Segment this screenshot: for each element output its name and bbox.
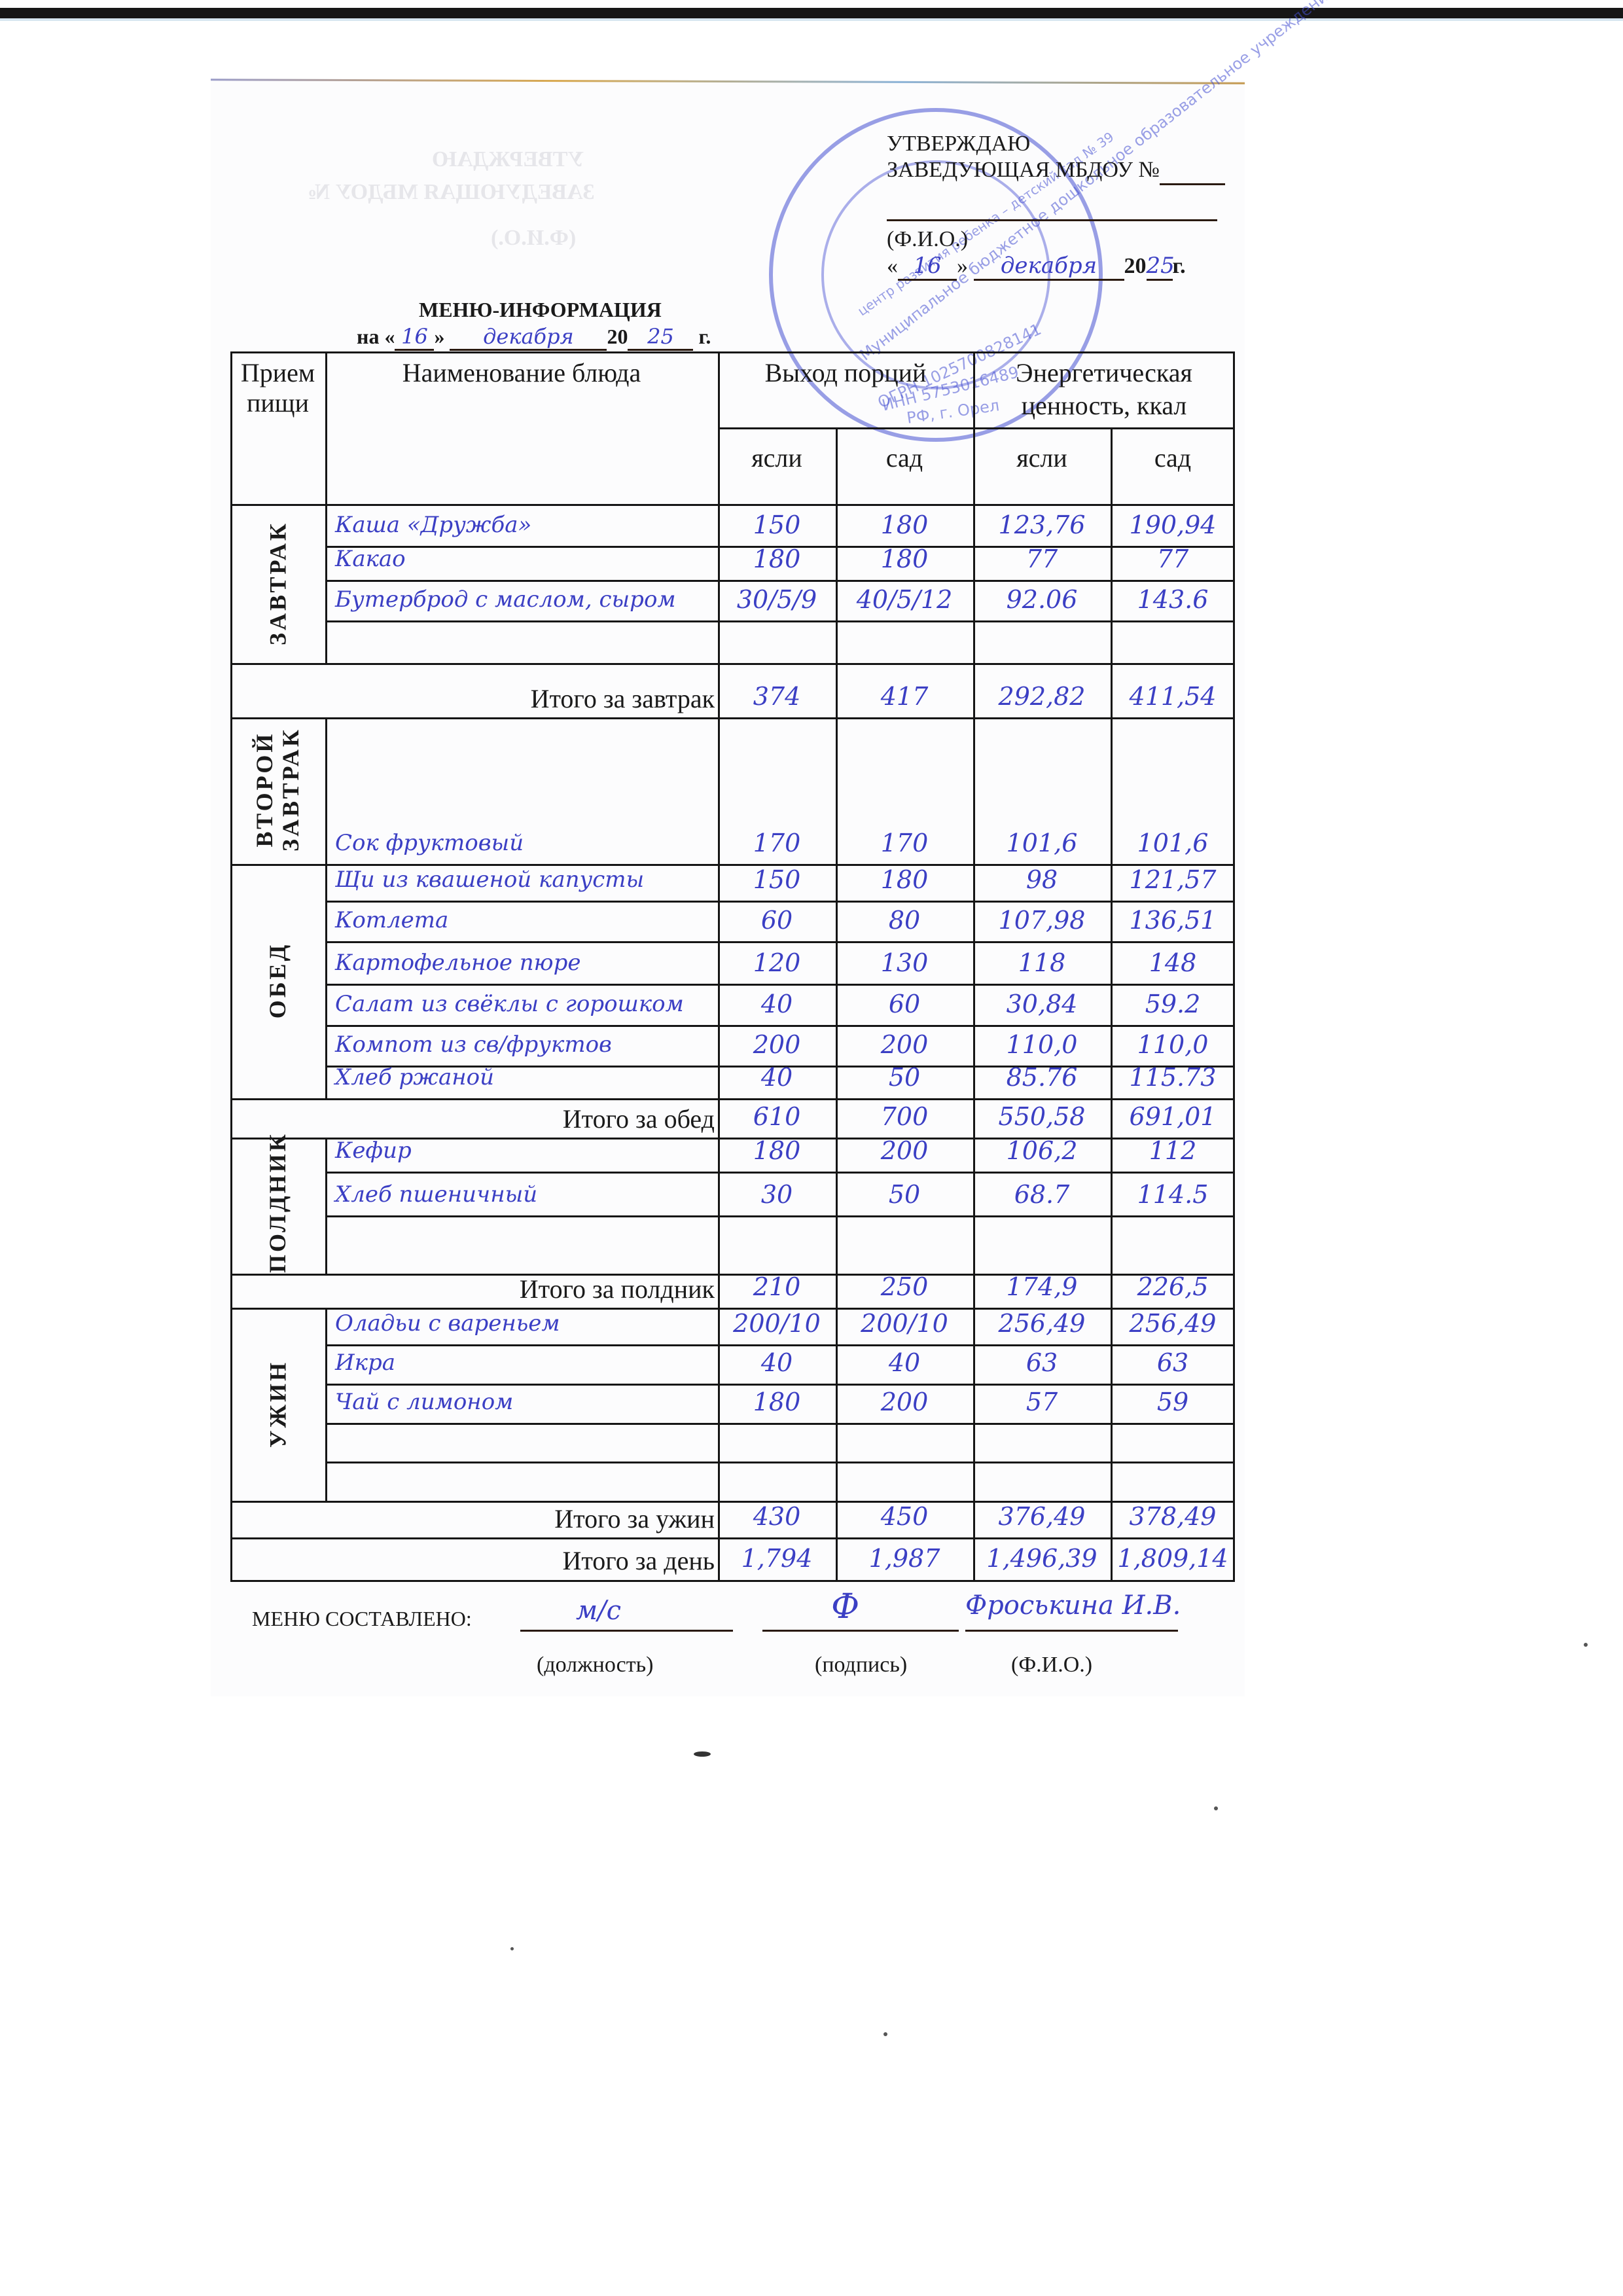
section-total-value: 550,58 bbox=[973, 1102, 1111, 1131]
portion-or-energy-value: 170 bbox=[836, 829, 973, 857]
portion-or-energy-value: 130 bbox=[836, 948, 973, 977]
document-year-prefix: 20 bbox=[607, 325, 628, 348]
ghost-text: (Ф.И.О.) bbox=[491, 226, 576, 251]
dish-name: Чай с лимоном bbox=[335, 1389, 513, 1415]
dish-name: Каша «Дружба» bbox=[335, 512, 531, 538]
scan-speck bbox=[1214, 1806, 1218, 1810]
dish-name: Бутерброд с маслом, сыром bbox=[335, 586, 676, 613]
table-h-rule bbox=[230, 504, 1235, 506]
portion-or-energy-value: 40 bbox=[718, 1063, 836, 1092]
section-total-value: 376,49 bbox=[973, 1502, 1111, 1531]
approval-title: УТВЕРЖДАЮ bbox=[887, 131, 1225, 157]
section-total-value: 374 bbox=[718, 682, 836, 711]
section-total-value: 378,49 bbox=[1111, 1502, 1235, 1531]
signature-field-line bbox=[762, 1630, 959, 1632]
approval-position-label: ЗАВЕДУЮЩАЯ МБДОУ № bbox=[887, 158, 1160, 182]
portion-or-energy-value: 107,98 bbox=[973, 906, 1111, 935]
institution-number-field bbox=[1160, 157, 1225, 185]
portion-or-energy-value: 150 bbox=[718, 511, 836, 539]
portion-or-energy-value: 120 bbox=[718, 948, 836, 977]
document-title: МЕНЮ-ИНФОРМАЦИЯ bbox=[419, 298, 662, 322]
approval-position: ЗАВЕДУЮЩАЯ МБДОУ № bbox=[887, 157, 1225, 185]
table-h-rule bbox=[230, 351, 1235, 353]
portion-or-energy-value: 30 bbox=[718, 1180, 836, 1209]
approval-date: «16» декабря2025г. bbox=[887, 253, 1225, 281]
portion-or-energy-value: 180 bbox=[836, 545, 973, 573]
portion-or-energy-value: 85.76 bbox=[973, 1063, 1111, 1092]
meal-section-label: УЖИН bbox=[264, 1307, 291, 1500]
table-v-rule bbox=[325, 1308, 327, 1501]
signature-mark: Ф bbox=[831, 1587, 859, 1626]
portion-or-energy-value: 40 bbox=[836, 1348, 973, 1377]
section-total-value: 610 bbox=[718, 1102, 836, 1131]
section-total-value: 450 bbox=[836, 1502, 973, 1531]
portion-or-energy-value: 110,0 bbox=[1111, 1030, 1235, 1059]
approval-day: 16 bbox=[898, 253, 957, 281]
portion-or-energy-value: 200 bbox=[836, 1136, 973, 1165]
portion-or-energy-value: 59.2 bbox=[1111, 990, 1235, 1018]
document-month: декабря bbox=[450, 324, 607, 351]
dish-name: Картофельное пюре bbox=[335, 950, 580, 976]
meal-section-label: ВТОРОЙ ЗАВТРАК bbox=[251, 716, 304, 863]
document-year-suffix: 25 bbox=[628, 324, 693, 351]
table-h-rule bbox=[230, 1580, 1235, 1582]
document-date: на «16» декабря2025 г. bbox=[357, 324, 711, 351]
table-h-rule bbox=[325, 580, 1235, 582]
table-h-rule bbox=[325, 901, 1235, 903]
portion-or-energy-value: 256,49 bbox=[973, 1309, 1111, 1338]
table-v-rule bbox=[1111, 427, 1113, 504]
section-total-value: 700 bbox=[836, 1102, 973, 1131]
header-energy-line2: ценность, ккал bbox=[973, 391, 1235, 421]
table-h-rule bbox=[325, 620, 1235, 622]
scan-edge-shadow bbox=[0, 18, 1623, 21]
day-total-label: Итого за день bbox=[562, 1545, 715, 1576]
dish-name: Сок фруктовый bbox=[335, 830, 524, 856]
portion-or-energy-value: 200/10 bbox=[836, 1309, 973, 1338]
portion-or-energy-value: 200 bbox=[836, 1388, 973, 1416]
portion-or-energy-value: 180 bbox=[836, 511, 973, 539]
scan-speck bbox=[883, 2032, 887, 2036]
approval-block: УТВЕРЖДАЮ ЗАВЕДУЮЩАЯ МБДОУ № (Ф.И.О.) «1… bbox=[887, 131, 1225, 281]
section-total-value: 411,54 bbox=[1111, 682, 1235, 711]
section-total-label: Итого за обед bbox=[563, 1103, 715, 1134]
document-day: 16 bbox=[395, 324, 434, 351]
fio-value: Фроськина И.В. bbox=[965, 1590, 1181, 1621]
portion-or-energy-value: 136,51 bbox=[1111, 906, 1235, 935]
table-h-rule bbox=[325, 1384, 1235, 1386]
portion-or-energy-value: 92.06 bbox=[973, 585, 1111, 614]
ghost-text: ЗАВЕДУЮЩАЯ МБДОУ № bbox=[308, 180, 595, 205]
section-total-value: 174,9 bbox=[973, 1272, 1111, 1301]
dish-name: Кефир bbox=[335, 1138, 412, 1164]
caption-signature: (подпись) bbox=[815, 1653, 907, 1677]
portion-or-energy-value: 150 bbox=[718, 865, 836, 894]
portion-or-energy-value: 40/5/12 bbox=[836, 585, 973, 614]
portion-or-energy-value: 63 bbox=[1111, 1348, 1235, 1377]
portion-or-energy-value: 68.7 bbox=[973, 1180, 1111, 1209]
header-sub-nursery-energy: ясли bbox=[973, 443, 1111, 473]
portion-or-energy-value: 57 bbox=[973, 1388, 1111, 1416]
meal-section-label: ПОЛДНИК bbox=[264, 1137, 291, 1273]
day-total-value: 1,496,39 bbox=[973, 1544, 1111, 1573]
section-total-label: Итого за полдник bbox=[520, 1274, 715, 1304]
approval-fio-caption: (Ф.И.О.) bbox=[887, 226, 1225, 253]
portion-or-energy-value: 60 bbox=[836, 990, 973, 1018]
portion-or-energy-value: 63 bbox=[973, 1348, 1111, 1377]
portion-or-energy-value: 112 bbox=[1111, 1136, 1235, 1165]
dish-name: Хлеб пшеничный bbox=[335, 1181, 537, 1208]
table-v-rule bbox=[325, 717, 327, 864]
portion-or-energy-value: 59 bbox=[1111, 1388, 1235, 1416]
portion-or-energy-value: 148 bbox=[1111, 948, 1235, 977]
dish-name: Икра bbox=[335, 1350, 395, 1376]
table-v-rule bbox=[836, 427, 838, 504]
fio-field-line bbox=[965, 1630, 1178, 1632]
table-h-rule bbox=[325, 1462, 1235, 1463]
approval-month: декабря bbox=[974, 253, 1124, 281]
table-h-rule bbox=[325, 1172, 1235, 1174]
portion-or-energy-value: 101,6 bbox=[1111, 829, 1235, 857]
caption-position: (должность) bbox=[537, 1653, 653, 1677]
document-year-end: г. bbox=[698, 325, 711, 348]
header-sub-nursery-portion: ясли bbox=[718, 443, 836, 473]
meal-section-label: ЗАВТРАК bbox=[264, 503, 291, 662]
portion-or-energy-value: 50 bbox=[836, 1063, 973, 1092]
table-h-rule bbox=[230, 1098, 1235, 1100]
ghost-text: УТВЕРЖДАЮ bbox=[432, 147, 584, 172]
portion-or-energy-value: 200 bbox=[718, 1030, 836, 1059]
dish-name: Оладьи с вареньем bbox=[335, 1310, 560, 1336]
portion-or-energy-value: 98 bbox=[973, 865, 1111, 894]
section-total-label: Итого за завтрак bbox=[531, 683, 715, 714]
date-mid: » bbox=[434, 325, 444, 348]
header-meal: Прием пищи bbox=[230, 358, 325, 418]
approval-year-end: г. bbox=[1173, 254, 1186, 278]
quote-open: « bbox=[887, 254, 898, 278]
position-value: м/с bbox=[576, 1596, 621, 1626]
portion-or-energy-value: 180 bbox=[718, 1136, 836, 1165]
position-field-line bbox=[520, 1630, 733, 1632]
portion-or-energy-value: 40 bbox=[718, 990, 836, 1018]
meal-section-label: ОБЕД bbox=[264, 863, 291, 1098]
dish-name: Щи из квашеной капусты bbox=[335, 867, 644, 893]
approval-year-suffix: 25 bbox=[1147, 253, 1173, 281]
table-h-rule bbox=[325, 1025, 1235, 1027]
portion-or-energy-value: 101,6 bbox=[973, 829, 1111, 857]
portion-or-energy-value: 200 bbox=[836, 1030, 973, 1059]
portion-or-energy-value: 190,94 bbox=[1111, 511, 1235, 539]
header-sub-kindergarten-energy: сад bbox=[1111, 443, 1235, 473]
approval-signature-line bbox=[887, 193, 1225, 221]
portion-or-energy-value: 60 bbox=[718, 906, 836, 935]
section-total-value: 417 bbox=[836, 682, 973, 711]
portion-or-energy-value: 110,0 bbox=[973, 1030, 1111, 1059]
quote-close: » bbox=[957, 254, 968, 278]
portion-or-energy-value: 200/10 bbox=[718, 1309, 836, 1338]
approval-year-prefix: 20 bbox=[1124, 254, 1147, 278]
scan-edge-bar bbox=[0, 8, 1623, 18]
table-h-rule bbox=[718, 427, 1235, 429]
dish-name: Котлета bbox=[335, 907, 448, 933]
section-total-value: 292,82 bbox=[973, 682, 1111, 711]
section-total-value: 691,01 bbox=[1111, 1102, 1235, 1131]
portion-or-energy-value: 115.73 bbox=[1111, 1063, 1235, 1092]
table-h-rule bbox=[325, 1215, 1235, 1217]
table-h-rule bbox=[325, 1423, 1235, 1425]
section-total-value: 250 bbox=[836, 1272, 973, 1301]
portion-or-energy-value: 77 bbox=[973, 545, 1111, 573]
table-v-rule bbox=[325, 864, 327, 1098]
table-h-rule bbox=[230, 717, 1235, 719]
table-v-rule bbox=[230, 351, 232, 1582]
portion-or-energy-value: 40 bbox=[718, 1348, 836, 1377]
header-dish: Наименование блюда bbox=[325, 358, 718, 388]
scan-speck bbox=[510, 1947, 514, 1950]
day-total-value: 1,987 bbox=[836, 1544, 973, 1573]
portion-or-energy-value: 30,84 bbox=[973, 990, 1111, 1018]
portion-or-energy-value: 106,2 bbox=[973, 1136, 1111, 1165]
section-total-value: 210 bbox=[718, 1272, 836, 1301]
portion-or-energy-value: 256,49 bbox=[1111, 1309, 1235, 1338]
section-total-value: 226,5 bbox=[1111, 1272, 1235, 1301]
table-h-rule bbox=[325, 1344, 1235, 1346]
portion-or-energy-value: 114.5 bbox=[1111, 1180, 1235, 1209]
table-h-rule bbox=[230, 663, 1235, 665]
table-v-rule bbox=[325, 504, 327, 663]
header-energy-line1: Энергетическая bbox=[973, 358, 1235, 388]
portion-or-energy-value: 180 bbox=[718, 1388, 836, 1416]
scan-speck bbox=[694, 1751, 711, 1757]
signoff-label: МЕНЮ СОСТАВЛЕНО: bbox=[252, 1607, 472, 1631]
caption-fio: (Ф.И.О.) bbox=[1011, 1653, 1092, 1677]
portion-or-energy-value: 170 bbox=[718, 829, 836, 857]
date-prefix: на « bbox=[357, 325, 395, 348]
day-total-value: 1,809,14 bbox=[1111, 1544, 1235, 1573]
portion-or-energy-value: 143.6 bbox=[1111, 585, 1235, 614]
portion-or-energy-value: 80 bbox=[836, 906, 973, 935]
portion-or-energy-value: 77 bbox=[1111, 545, 1235, 573]
dish-name: Компот из св/фруктов bbox=[335, 1031, 612, 1058]
section-total-label: Итого за ужин bbox=[554, 1503, 715, 1534]
dish-name: Какао bbox=[335, 546, 406, 572]
table-h-rule bbox=[325, 941, 1235, 943]
section-total-value: 430 bbox=[718, 1502, 836, 1531]
portion-or-energy-value: 123,76 bbox=[973, 511, 1111, 539]
table-v-rule bbox=[325, 351, 327, 504]
table-h-rule bbox=[230, 1537, 1235, 1539]
portion-or-energy-value: 118 bbox=[973, 948, 1111, 977]
header-sub-kindergarten-portion: сад bbox=[836, 443, 973, 473]
scan-speck bbox=[1584, 1643, 1588, 1647]
table-h-rule bbox=[325, 984, 1235, 986]
day-total-value: 1,794 bbox=[718, 1544, 836, 1573]
table-v-rule bbox=[325, 1138, 327, 1274]
portion-or-energy-value: 180 bbox=[718, 545, 836, 573]
header-portion: Выход порций bbox=[718, 358, 973, 388]
dish-name: Салат из свёклы с горошком bbox=[335, 991, 684, 1017]
portion-or-energy-value: 30/5/9 bbox=[718, 585, 836, 614]
approval-fio-field bbox=[887, 193, 1217, 221]
portion-or-energy-value: 50 bbox=[836, 1180, 973, 1209]
dish-name: Хлеб ржаной bbox=[335, 1064, 494, 1090]
portion-or-energy-value: 180 bbox=[836, 865, 973, 894]
menu-table: Прием пищи Наименование блюда Выход порц… bbox=[230, 351, 1235, 1582]
portion-or-energy-value: 121,57 bbox=[1111, 865, 1235, 894]
